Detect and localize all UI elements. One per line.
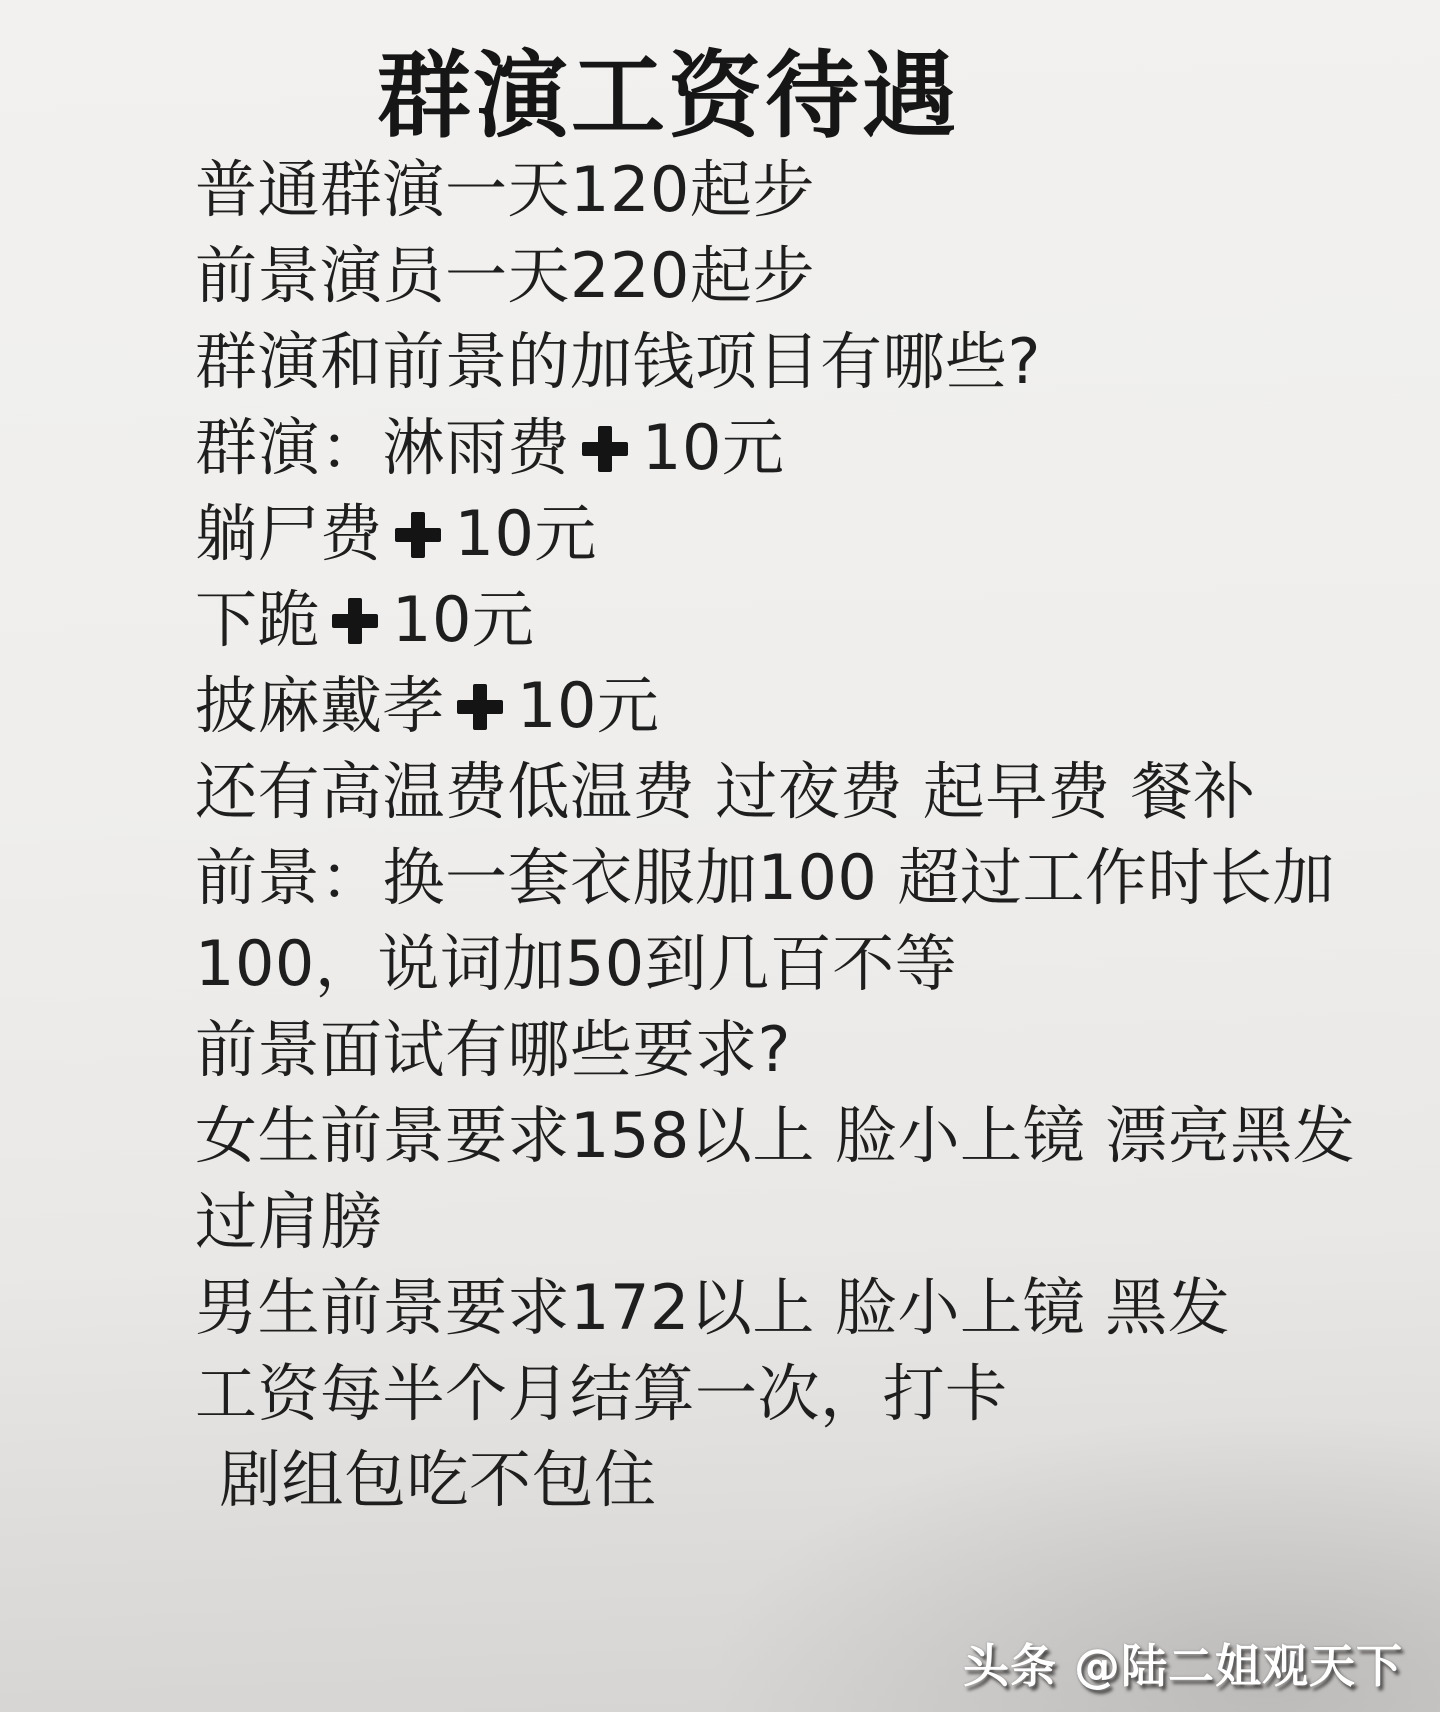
plus-icon [332,598,378,644]
plus-icon [395,512,441,558]
line-text: 10元 [517,669,659,742]
text-line: 前景面试有哪些要求? [195,1007,1430,1093]
text-line: 男生前景要求172以上 脸小上镜 黑发 [195,1265,1430,1351]
line-text: 还有高温费低温费 过夜费 起早费 餐补 [195,755,1256,828]
text-line: 工资每半个月结算一次，打卡 [195,1351,1430,1437]
text-line: 100，说词加50到几百不等 [195,921,1430,1007]
line-text: 剧组包吃不包住 [219,1443,657,1516]
line-text: 下跪 [195,583,320,656]
line-text: 披麻戴孝 [195,669,445,742]
line-text: 群演：淋雨费 [195,411,570,484]
line-text: 躺尸费 [195,497,383,570]
wage-info-list: 普通群演一天120起步前景演员一天220起步群演和前景的加钱项目有哪些?群演：淋… [195,147,1430,1523]
page-title: 群演工资待遇 [0,0,1388,155]
line-text: 10元 [642,411,784,484]
line-text: 男生前景要求172以上 脸小上镜 黑发 [195,1271,1230,1344]
line-text: 工资每半个月结算一次，打卡 [195,1357,1008,1430]
line-text: 前景演员一天220起步 [195,239,815,312]
text-line: 女生前景要求158以上 脸小上镜 漂亮黑发 [195,1093,1430,1179]
line-text: 群演和前景的加钱项目有哪些? [195,325,1041,398]
wage-notice-image: 群演工资待遇 普通群演一天120起步前景演员一天220起步群演和前景的加钱项目有… [0,0,1440,1712]
line-text: 过肩膀 [195,1185,383,1258]
plus-icon [582,426,628,472]
text-line: 还有高温费低温费 过夜费 起早费 餐补 [195,749,1430,835]
text-line: 躺尸费10元 [195,491,1430,577]
line-text: 100，说词加50到几百不等 [195,927,957,1000]
text-line: 群演和前景的加钱项目有哪些? [195,319,1430,405]
watermark: 头条 @陆二姐观天下 [963,1630,1403,1696]
text-line: 前景演员一天220起步 [195,233,1430,319]
text-line: 群演：淋雨费10元 [195,405,1430,491]
plus-icon [457,684,503,730]
line-text: 10元 [455,497,597,570]
text-line: 前景：换一套衣服加100 超过工作时长加 [195,835,1430,921]
line-text: 10元 [392,583,534,656]
text-line: 剧组包吃不包住 [195,1437,1430,1523]
line-text: 女生前景要求158以上 脸小上镜 漂亮黑发 [195,1099,1355,1172]
text-line: 披麻戴孝10元 [195,663,1430,749]
line-text: 普通群演一天120起步 [195,153,815,226]
line-text: 前景：换一套衣服加100 超过工作时长加 [195,841,1335,914]
text-line: 过肩膀 [195,1179,1430,1265]
text-line: 下跪10元 [195,577,1430,663]
watermark-text: 头条 @陆二姐观天下 [963,1639,1403,1693]
line-text: 前景面试有哪些要求? [195,1013,791,1086]
text-line: 普通群演一天120起步 [195,147,1430,233]
